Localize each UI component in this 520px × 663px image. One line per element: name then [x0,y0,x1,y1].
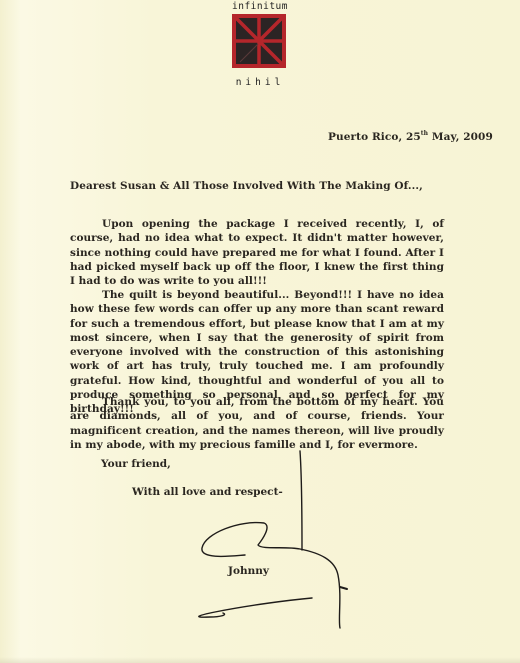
closing-line-2: With all love and respect- [132,486,283,498]
date-month-year: May, 2009 [428,131,493,143]
salutation: Dearest Susan & All Those Involved With … [70,180,423,192]
typed-name: Johnny [228,565,269,577]
letter-date: Puerto Rico, 25th May, 2009 [328,130,493,143]
date-day: Puerto Rico, 25 [328,131,421,143]
closing-line-1: Your friend, [101,458,171,470]
letterhead-top-text: infinitum [0,1,520,12]
red-square-asterisk-logo-icon [232,14,286,68]
paragraph-1: Upon opening the package I received rece… [70,217,444,288]
letterhead-bottom-text: nihil [0,77,520,88]
letter-page: infinitum nihil Puerto Rico, 25th May, 2… [0,0,520,663]
paragraph-3: Thank you, to you all, from the bottom o… [70,395,444,452]
